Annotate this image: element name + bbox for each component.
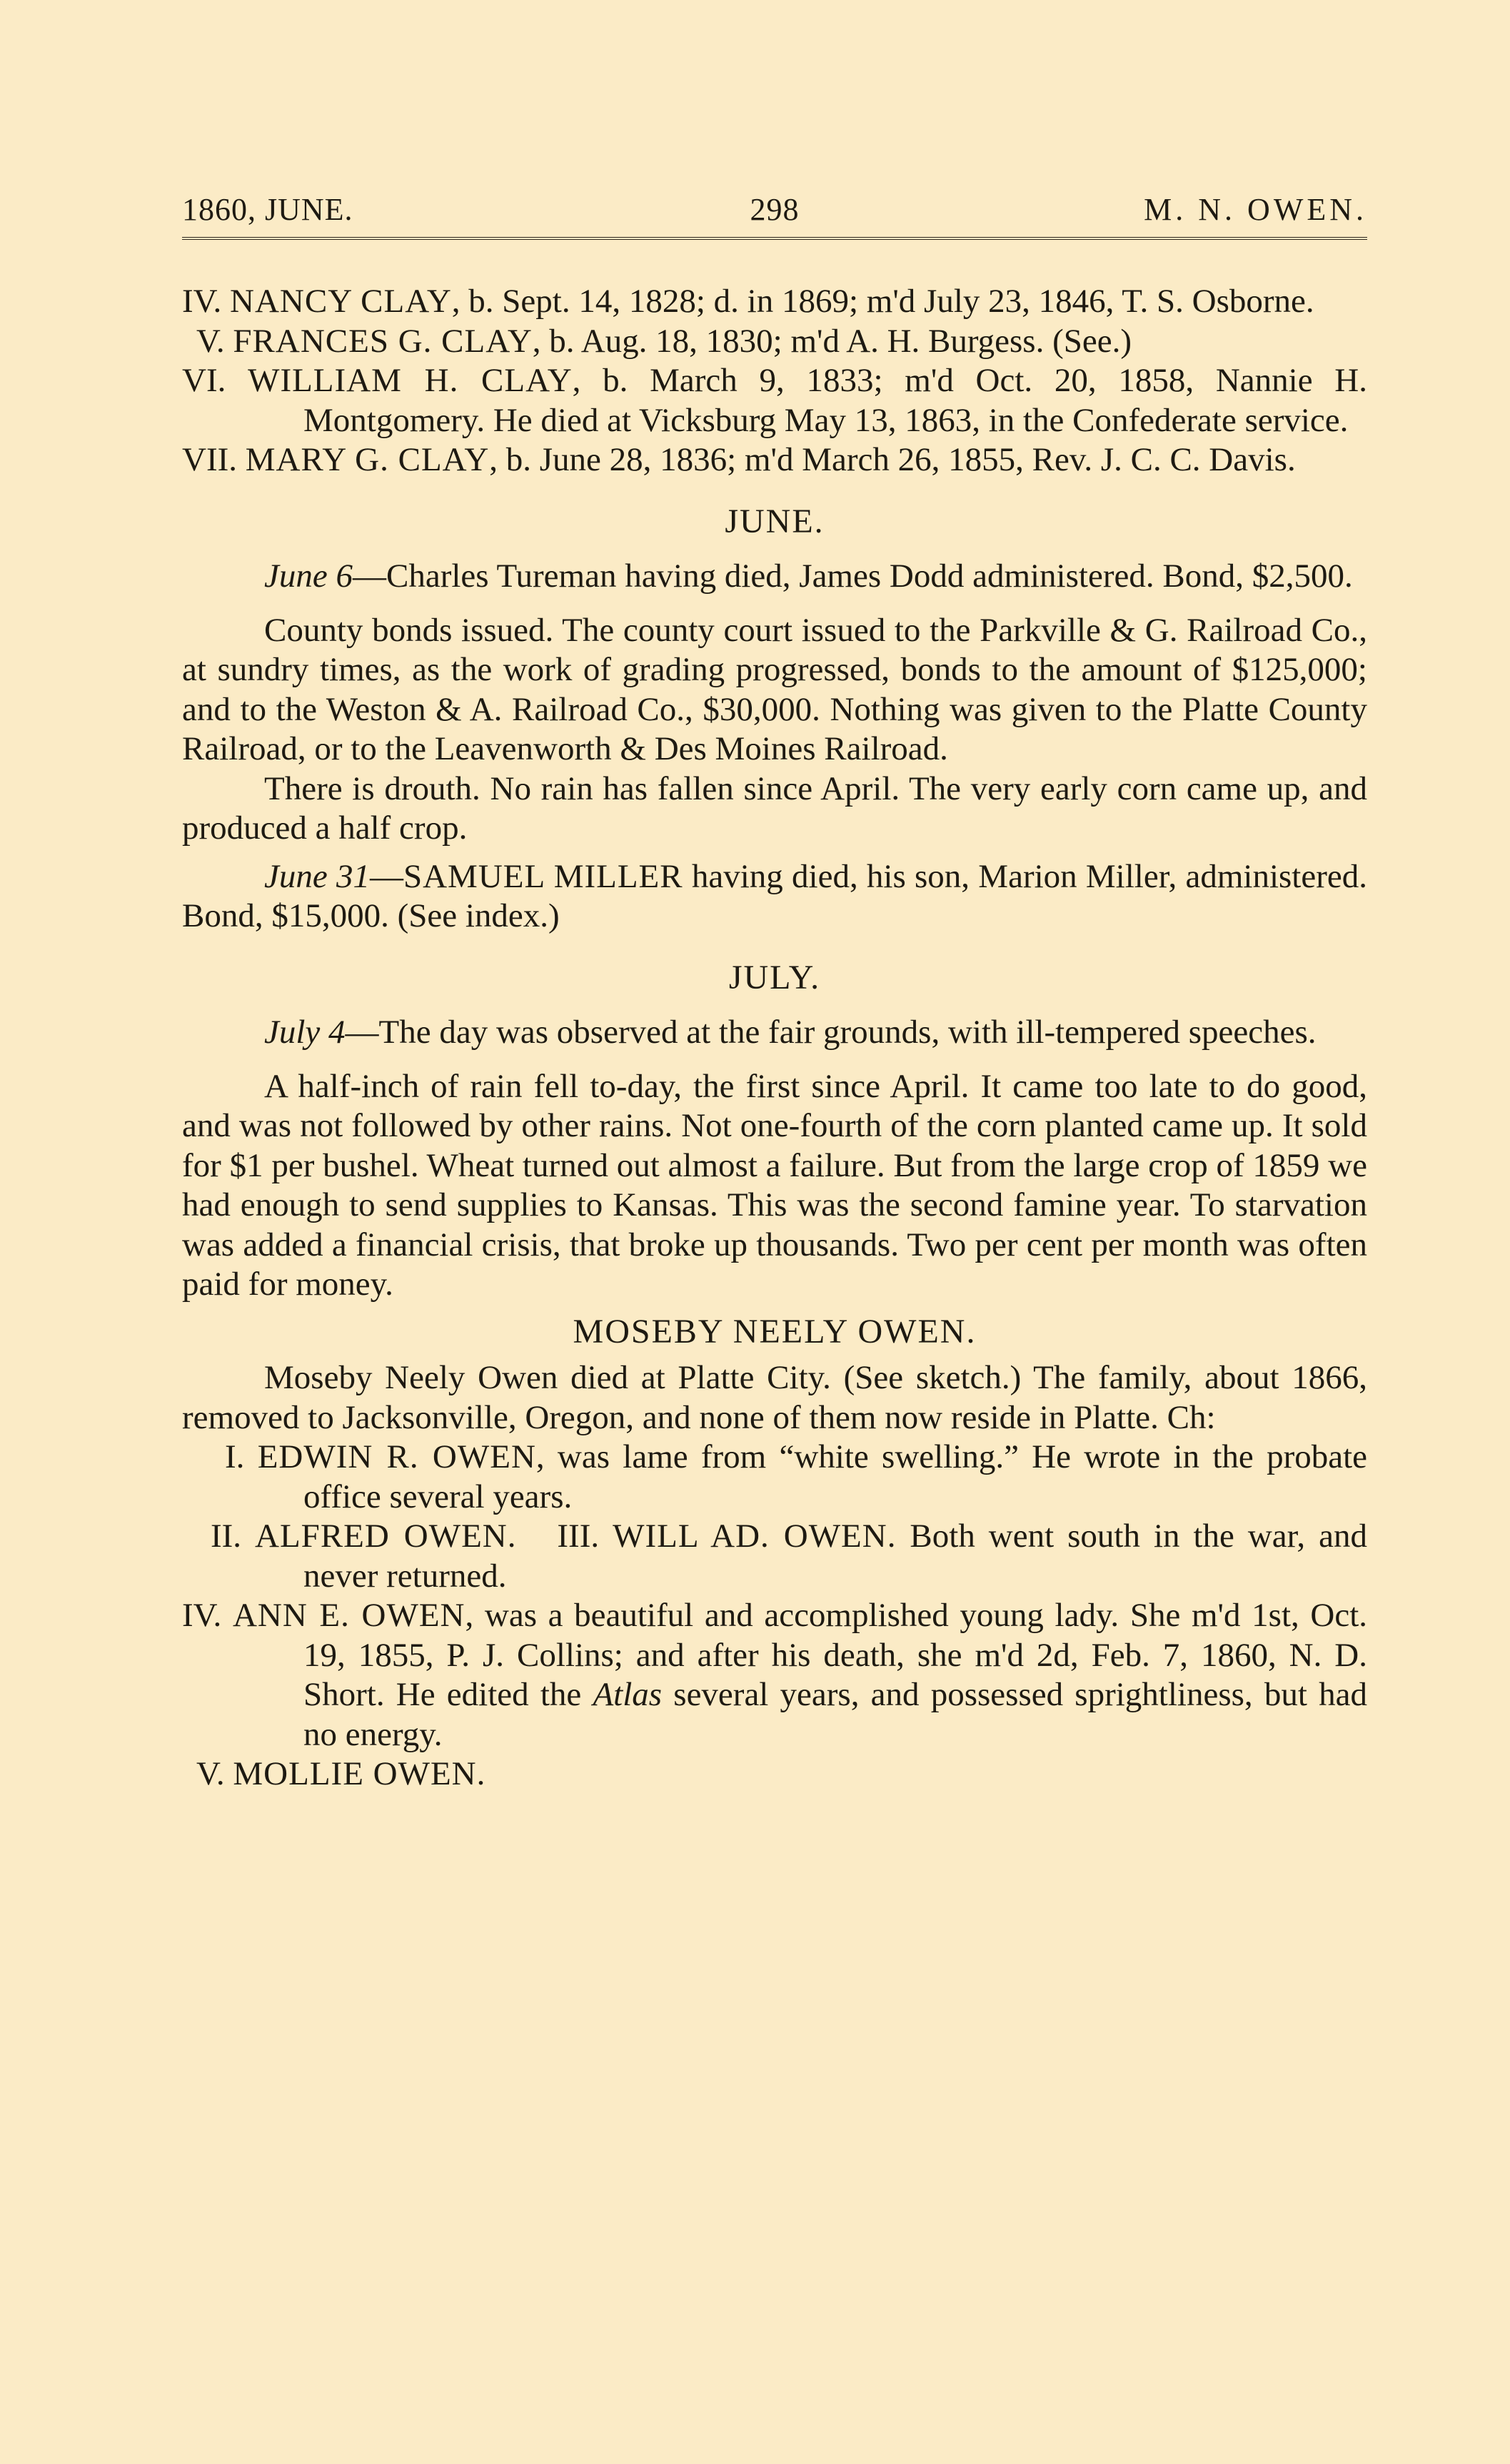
june-entry-miller: June 31—SAMUEL MILLER having died, his s… [182,857,1367,936]
owen-child-entry: IV. ANN E. OWEN, was a beautiful and acc… [182,1596,1367,1754]
clay-child-entry: VI. WILLIAM H. CLAY, b. March 9, 1833; m… [182,361,1367,440]
newspaper-title: Atlas [593,1676,662,1713]
clay-child-entry: VII. MARY G. CLAY, b. June 28, 1836; m'd… [182,440,1367,480]
child-name: EDWIN R. OWEN [258,1438,536,1475]
rain-paragraph: A half-inch of rain fell to-day, the fir… [182,1067,1367,1305]
running-head-subject: M. N. OWEN. [1144,191,1367,228]
clay-child-entry: V. FRANCES G. CLAY, b. Aug. 18, 1830; m'… [182,322,1367,362]
child-name: ALFRED OWEN. [255,1518,516,1555]
county-bonds-paragraph: County bonds issued. The county court is… [182,611,1367,769]
owen-child-entry: V. MOLLIE OWEN. [182,1754,1367,1794]
child-name: FRANCES G. CLAY [233,323,532,360]
child-name: WILLIAM H. CLAY [248,362,573,399]
section-heading-june: JUNE. [182,502,1367,542]
entry-date: June 6 [264,557,353,595]
child-name: NANCY CLAY [230,283,452,320]
header-rule [182,237,1367,240]
body-text: IV. NANCY CLAY, b. Sept. 14, 1828; d. in… [182,282,1367,1794]
entry-date: June 31 [264,858,370,895]
entry-date: July 4 [264,1014,346,1051]
july-entry-fourth: July 4—The day was observed at the fair … [182,1013,1367,1053]
entry-name: SAMUEL MILLER [403,858,683,895]
child-name: MARY G. CLAY [246,441,490,478]
drouth-paragraph: There is drouth. No rain has fallen sinc… [182,769,1367,849]
child-name: ANN E. OWEN [233,1597,465,1634]
section-heading-owen: MOSEBY NEELY OWEN. [182,1312,1367,1352]
owen-child-entry: I. EDWIN R. OWEN, was lame from “white s… [182,1438,1367,1517]
section-heading-july: JULY. [182,958,1367,998]
june-entry-tureman: June 6—Charles Tureman having died, Jame… [182,557,1367,597]
child-name: MOLLIE OWEN. [233,1755,485,1792]
running-head: 1860, JUNE. 298 M. N. OWEN. [182,191,1367,234]
child-name: WILL AD. OWEN. [613,1518,896,1555]
owen-child-entry: II. ALFRED OWEN. III. WILL AD. OWEN. Bot… [182,1517,1367,1596]
owen-intro: Moseby Neely Owen died at Platte City. (… [182,1358,1367,1438]
clay-child-entry: IV. NANCY CLAY, b. Sept. 14, 1828; d. in… [182,282,1367,322]
